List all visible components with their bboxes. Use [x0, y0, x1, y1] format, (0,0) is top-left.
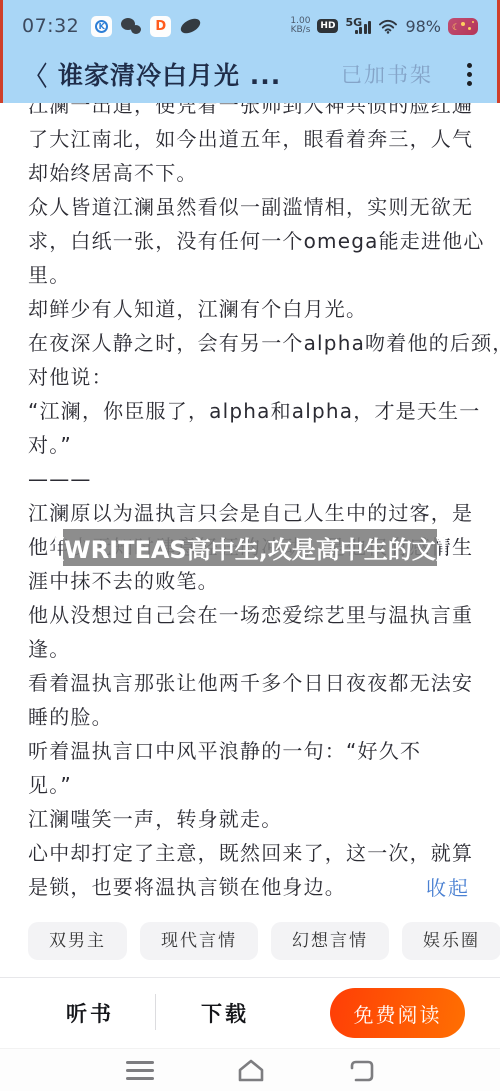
phone-screen: 07:32 K D 1.00 KB/s HD 5G [0, 0, 500, 1091]
keep-app-icon: K [91, 16, 112, 37]
text-line: 众人皆道江澜虽然看似一副滥情相，实则无欲无 [28, 190, 476, 224]
text-line: 却鲜少有人知道，江澜有个白月光。 [28, 292, 476, 326]
battery-percent: 98% [405, 17, 441, 36]
top-chrome: 07:32 K D 1.00 KB/s HD 5G [0, 0, 500, 103]
text-line: 听着温执言口中风平浪静的一句：“好久不 [28, 734, 476, 768]
text-line: “江澜，你臣服了，alpha和alpha，才是天生一 [28, 394, 476, 428]
back-icon[interactable]: 〈 [27, 56, 47, 93]
added-to-shelf-button[interactable]: 已加书架 [341, 59, 433, 89]
notification-icons: K D [91, 16, 201, 37]
watermark-banner: 【WRITEAS高中生,攻是高中生的文】 [63, 529, 437, 566]
tag-pill[interactable]: 双男主 [28, 922, 127, 960]
text-line: 心中却打定了主意，既然回来了，这一次，就算 [28, 836, 476, 870]
cellular-signal-icon: 5G [345, 17, 371, 35]
text-line: 求，白纸一张，没有任何一个omega能走进他心 [28, 224, 476, 258]
wifi-icon [378, 18, 398, 34]
tag-pill[interactable]: 幻想言情 [271, 922, 389, 960]
title-bar: 〈 谁家清冷白月光 ... 已加书架 [0, 46, 500, 102]
collapse-link[interactable]: 收起 [426, 872, 470, 901]
tag-pill[interactable]: 现代言情 [140, 922, 258, 960]
home-icon[interactable] [236, 1058, 266, 1084]
text-line: 看着温执言那张让他两千多个日日夜夜都无法安 [28, 666, 476, 700]
text-line: 江澜嗤笑一声，转身就走。 [28, 802, 476, 836]
text-line: ——— [28, 462, 476, 496]
listen-button[interactable]: 听书 [60, 998, 120, 1028]
text-line: 睡的脸。 [28, 700, 476, 734]
text-line: 他从没想过自己会在一场恋爱综艺里与温执言重 [28, 598, 476, 632]
recents-menu-icon[interactable] [126, 1058, 154, 1080]
text-line: 逢。 [28, 632, 476, 666]
text-line: 是锁，也要将温执言锁在他身边。 [28, 870, 476, 904]
text-line: 里。 [28, 258, 476, 292]
hd-badge: HD [317, 19, 338, 33]
tag-list: 双男主现代言情幻想言情娱乐圈破镜重圆 [28, 922, 500, 962]
screen-edge-red-left [0, 0, 3, 103]
oval-app-icon [179, 16, 203, 36]
text-line: 对。” [28, 428, 476, 462]
text-line: 见。” [28, 768, 476, 802]
wechat-icon [121, 18, 141, 34]
free-read-button[interactable]: 免费阅读 [330, 988, 465, 1038]
more-menu-icon[interactable] [463, 59, 476, 90]
status-bar: 07:32 K D 1.00 KB/s HD 5G [0, 6, 500, 46]
text-line: 对他说： [28, 360, 476, 394]
tag-pill[interactable]: 娱乐圈 [402, 922, 500, 960]
status-right-cluster: 1.00 KB/s HD 5G 98% ☾ [290, 17, 478, 36]
gesture-nav-bar [0, 1048, 500, 1091]
text-line: 江澜原以为温执言只会是自己人生中的过客，是 [28, 496, 476, 530]
battery-icon: ☾ [448, 18, 478, 35]
text-line: 在夜深人静之时，会有另一个alpha吻着他的后颈， [28, 326, 476, 360]
back-nav-icon[interactable] [346, 1058, 376, 1084]
text-lines: 江澜一出道，便凭着一张帅到人神共愤的脸红遍了大江南北，如今出道五年，眼看着奔三，… [28, 88, 476, 904]
text-line: 却始终居高不下。 [28, 156, 476, 190]
page-title: 谁家清冷白月光 ... [58, 56, 281, 92]
divider [155, 994, 156, 1030]
text-line: 了大江南北，如今出道五年，眼看着奔三，人气 [28, 122, 476, 156]
network-speed: 1.00 KB/s [290, 17, 310, 35]
text-line: 涯中抹不去的败笔。 [28, 564, 476, 598]
download-button[interactable]: 下载 [195, 998, 255, 1028]
bottom-action-bar: 听书 下载 免费阅读 [0, 978, 500, 1048]
clock: 07:32 [22, 15, 79, 37]
d-app-icon: D [150, 16, 171, 37]
